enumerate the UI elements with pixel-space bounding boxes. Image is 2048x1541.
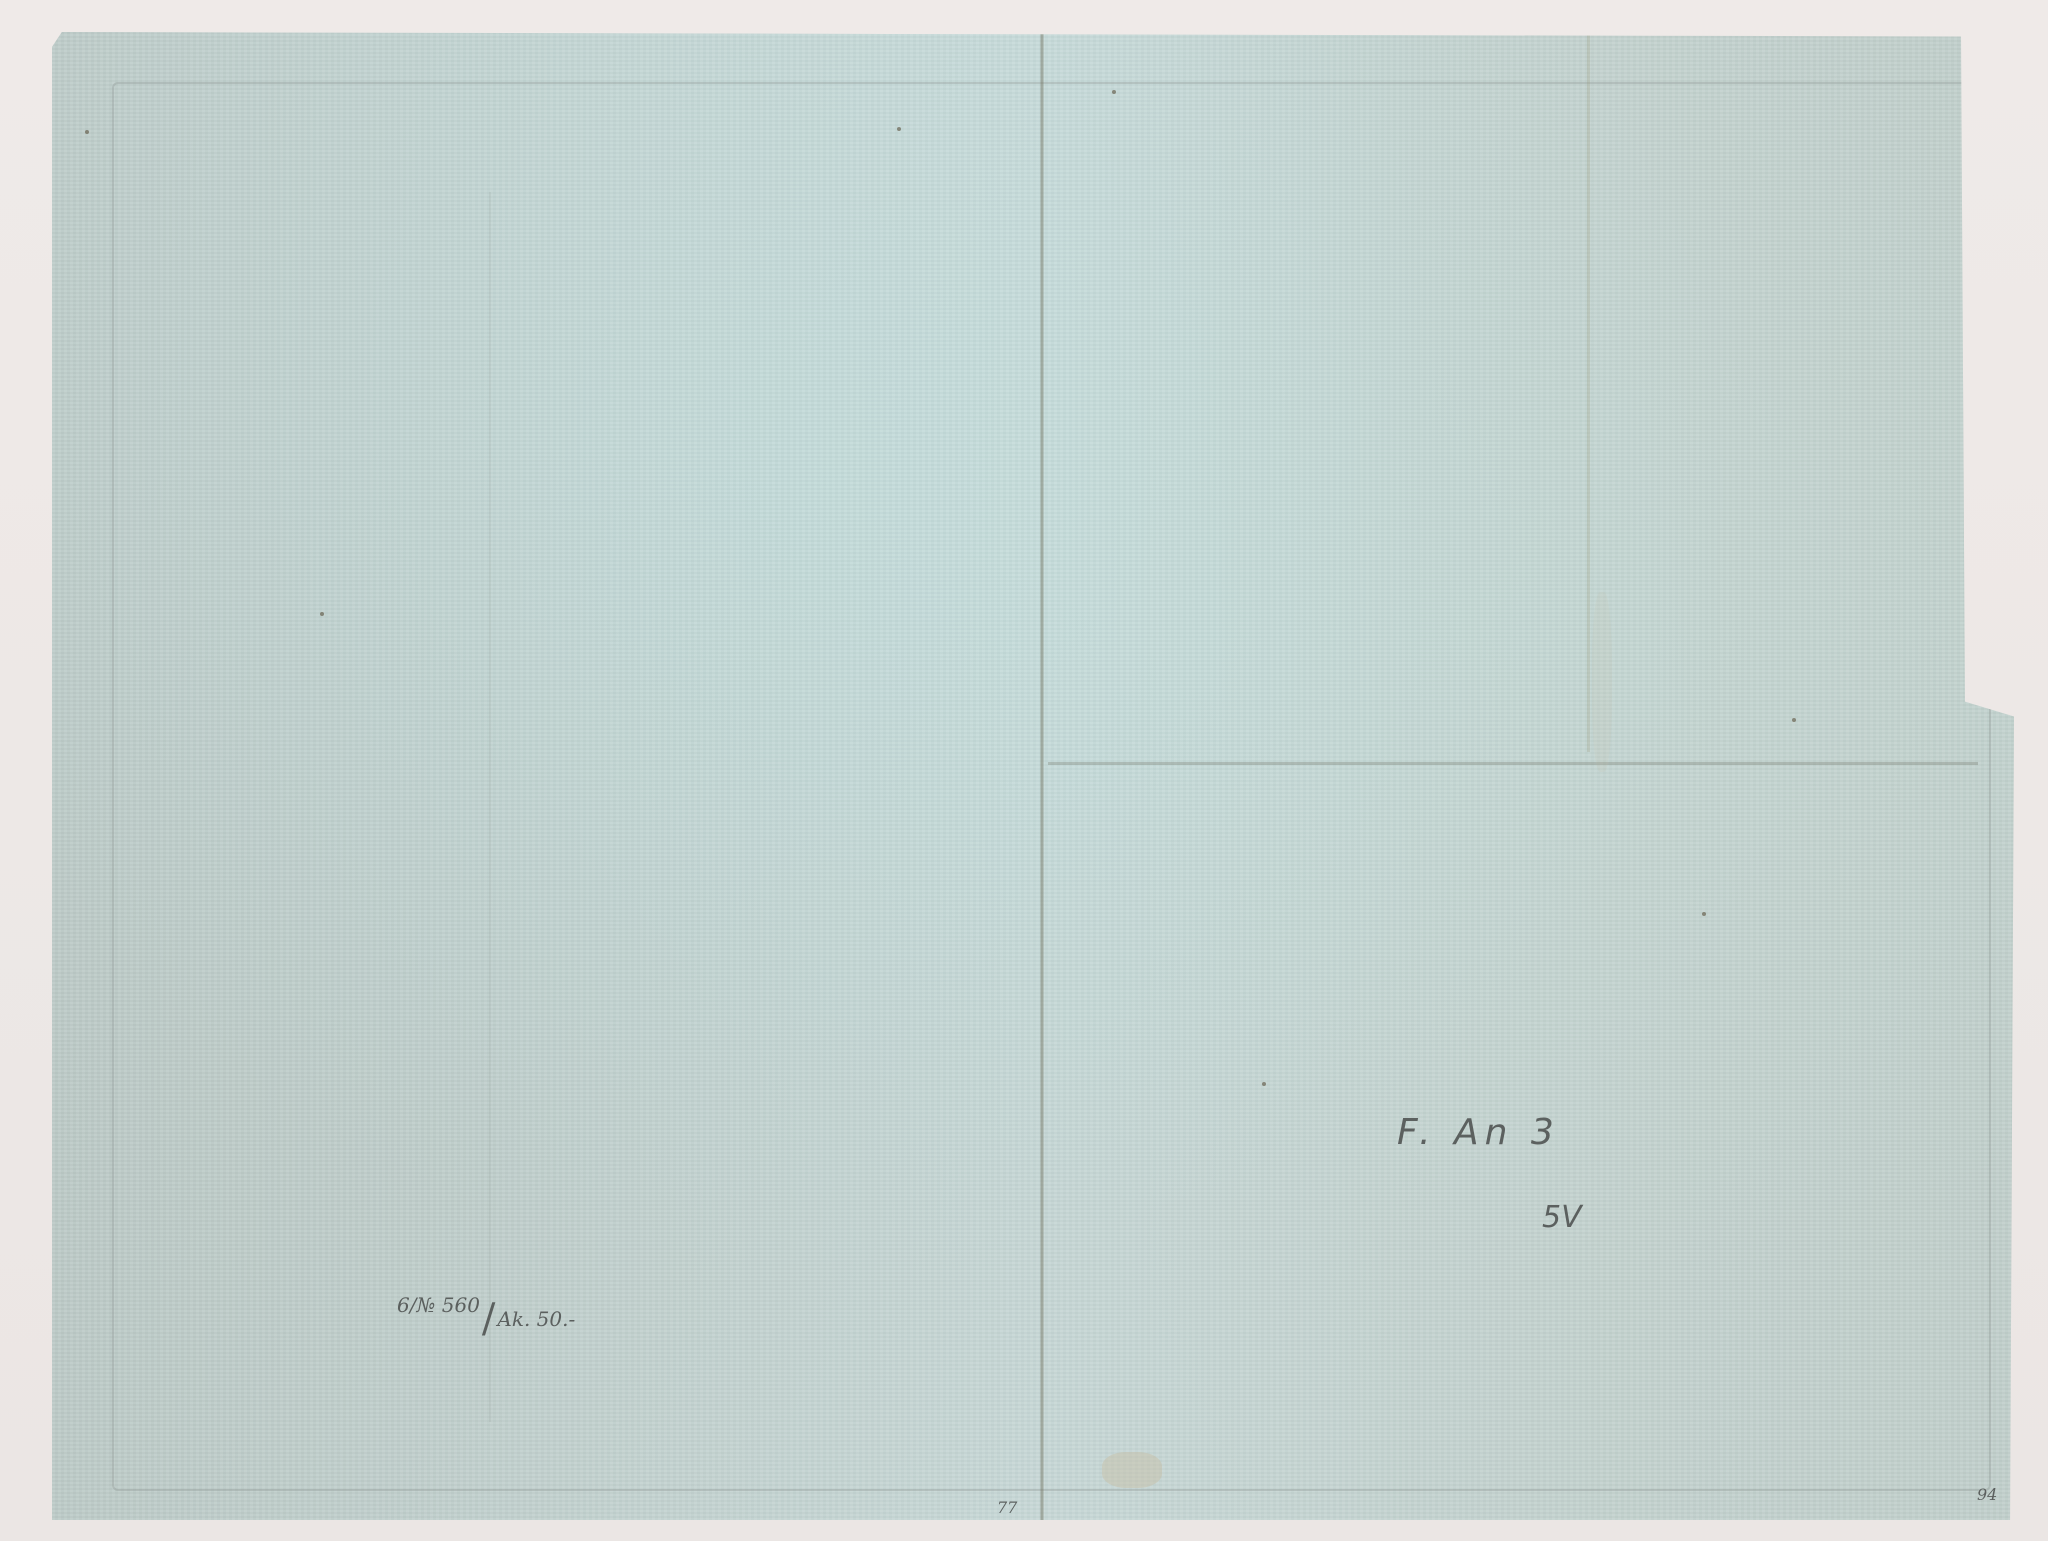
folio-number-right: 94 [1977, 1485, 1997, 1504]
faint-crease [489, 192, 491, 1422]
horizontal-fold [1048, 762, 1978, 765]
plate-mark [112, 82, 1991, 1491]
inventory-note: 6/№ 560/Ak. 50.- [397, 1290, 575, 1336]
inventory-number: 6/№ 560 [397, 1293, 480, 1317]
right-crease [1587, 32, 1590, 752]
foxing-speck [1112, 90, 1116, 94]
foxing-speck [897, 127, 901, 131]
foxing-speck [1792, 718, 1796, 722]
foxing-speck [85, 130, 89, 134]
divider-stroke: / [482, 1296, 495, 1342]
paper-sheet: 6/№ 560/Ak. 50.- F. An 3 5V 77 94 [52, 32, 2014, 1520]
paper-stain [1592, 592, 1612, 772]
photo-scene: 6/№ 560/Ak. 50.- F. An 3 5V 77 94 [0, 0, 2048, 1541]
price-note: Ak. 50.- [497, 1307, 575, 1331]
reference-code: F. An 3 [1397, 1112, 1560, 1153]
foxing-speck [320, 612, 324, 616]
paper-stain [1102, 1452, 1162, 1488]
reference-subcode: 5V [1542, 1200, 1582, 1235]
foxing-speck [1262, 1082, 1266, 1086]
folio-number-left: 77 [997, 1498, 1017, 1517]
foxing-speck [1702, 912, 1706, 916]
vertical-fold [1040, 32, 1044, 1520]
